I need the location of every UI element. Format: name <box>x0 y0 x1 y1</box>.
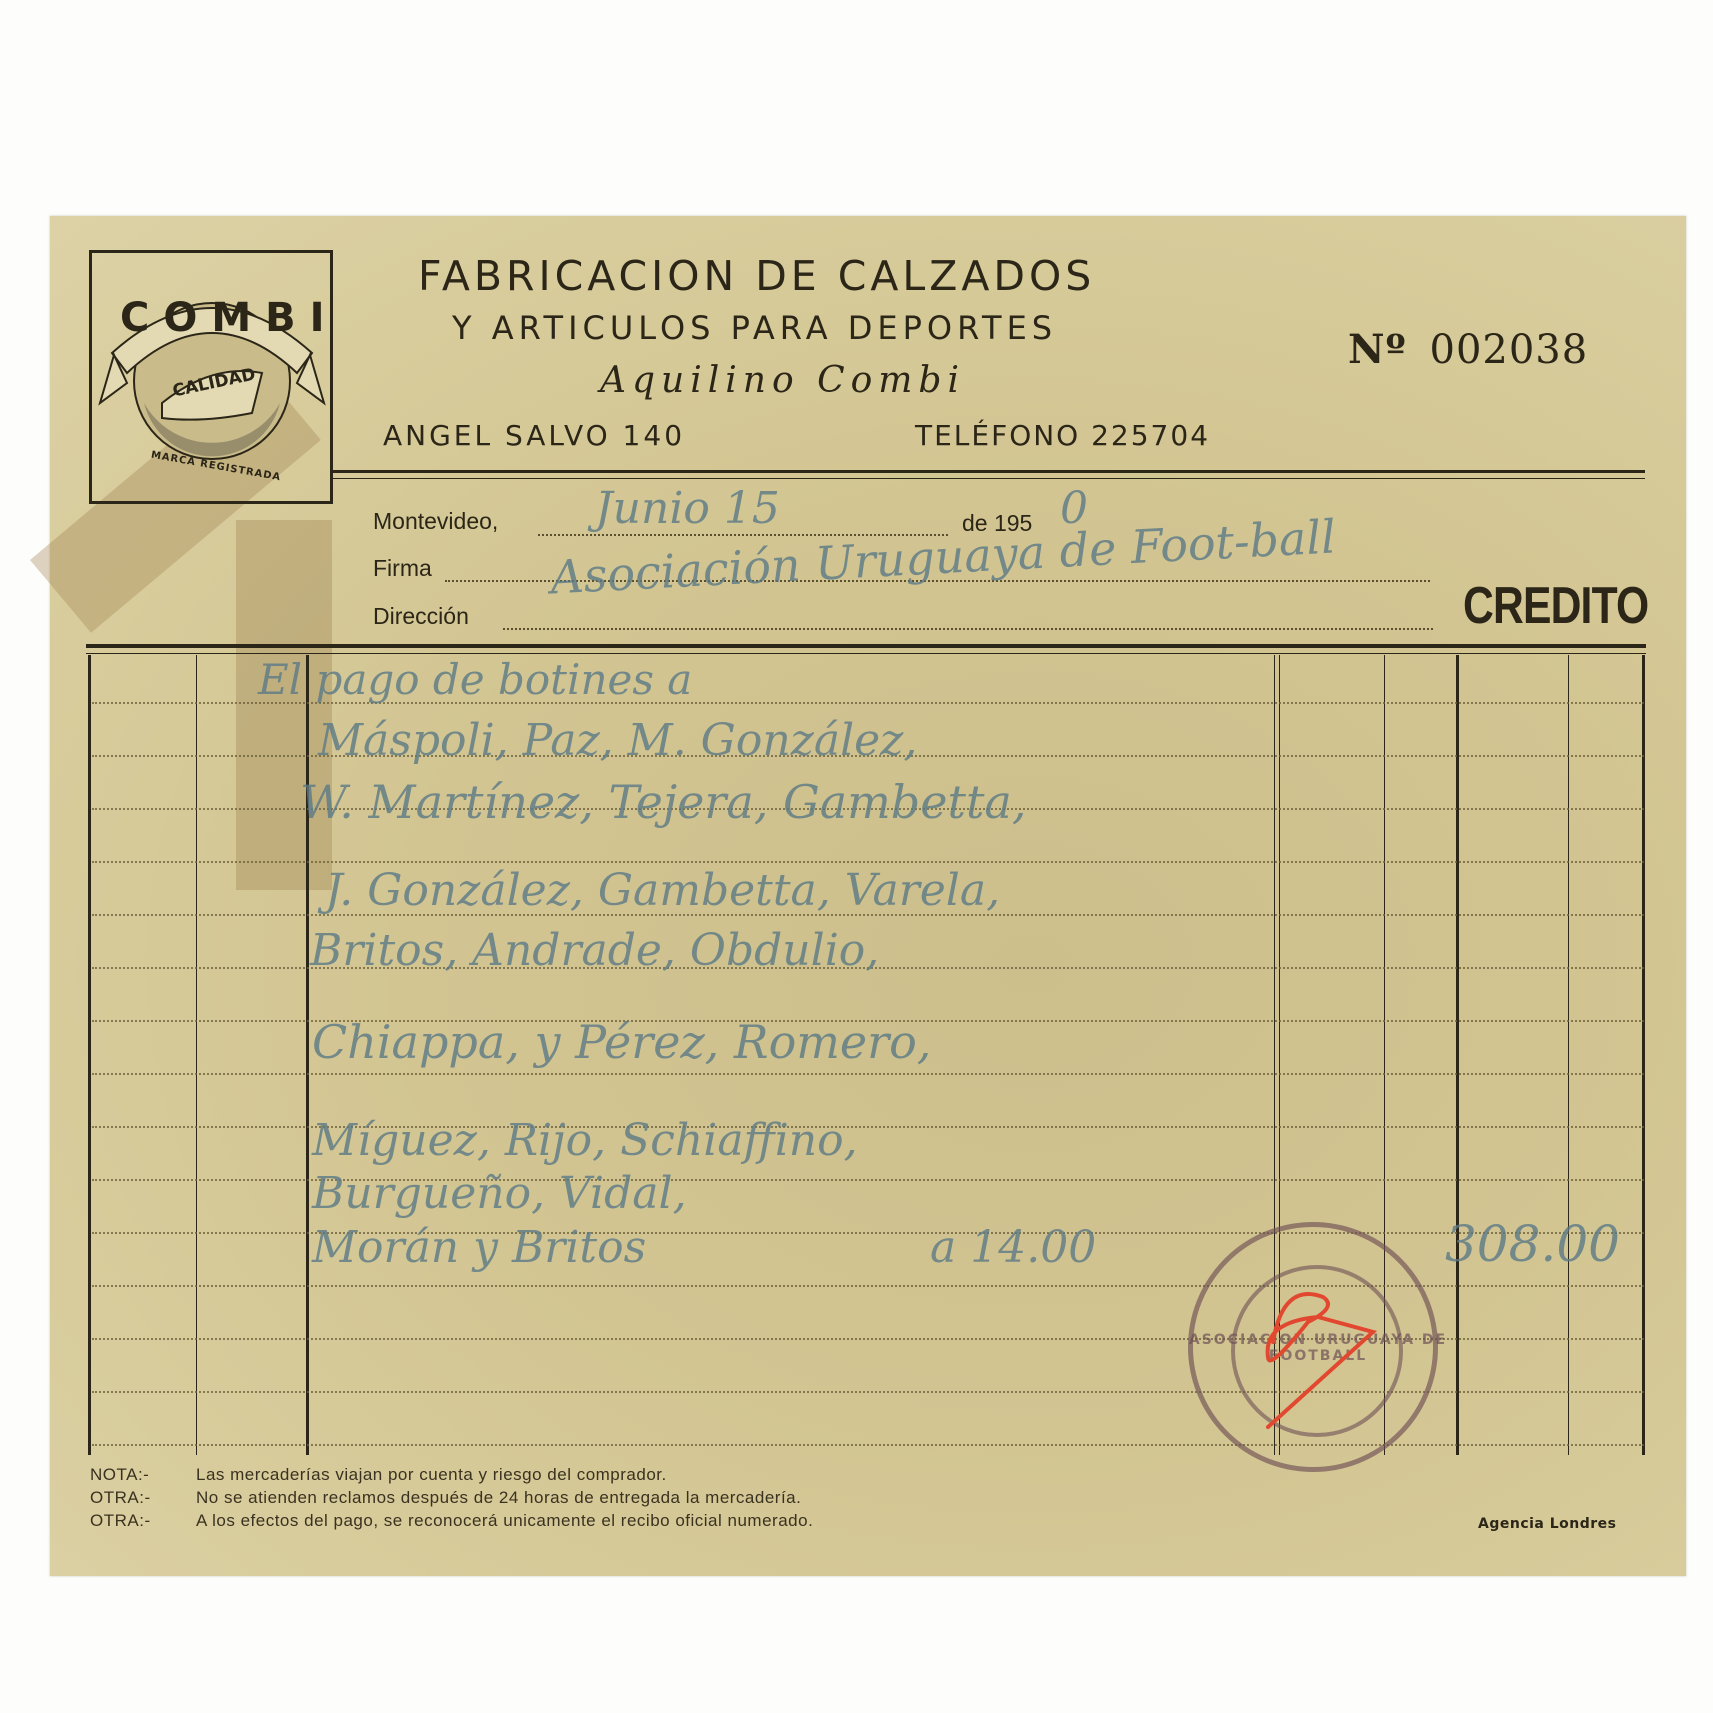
company-line-1: FABRICACION DE CALZADOS <box>418 252 1095 300</box>
note-row: NOTA:-Las mercaderías viajan por cuenta … <box>90 1465 667 1485</box>
body-line: Morán y Britos <box>312 1222 646 1273</box>
note-text: A los efectos del pago, se reconocerá un… <box>196 1511 813 1530</box>
body-line: Míguez, Rijo, Schiaffino, <box>312 1115 858 1166</box>
number-value: 002038 <box>1430 327 1589 373</box>
col-line-total-cents <box>1568 655 1569 1455</box>
ruled-line <box>92 1073 1644 1075</box>
note-label: OTRA:- <box>90 1488 196 1508</box>
phone: TELÉFONO 225704 <box>915 419 1210 452</box>
table-rule-thick <box>86 644 1646 648</box>
address: ANGEL SALVO 140 <box>383 419 685 452</box>
association-stamp: ASOCIACION URUGUAYA DE FOOTBALL <box>1188 1222 1438 1472</box>
credit-label: CREDITO <box>1463 576 1648 636</box>
body-line: Britos, Andrade, Obdulio, <box>310 925 879 976</box>
note-text: Las mercaderías viajan por cuenta y ries… <box>196 1465 667 1484</box>
note-text: No se atienden reclamos después de 24 ho… <box>196 1488 801 1507</box>
body-line: W. Martínez, Tejera, Gambetta, <box>300 775 1026 829</box>
unit-price-handwritten: a 14.00 <box>930 1222 1096 1273</box>
body-line: Burgueño, Vidal, <box>312 1168 687 1219</box>
signature-icon <box>1188 1222 1438 1472</box>
note-row: OTRA:-A los efectos del pago, se reconoc… <box>90 1511 813 1531</box>
ruled-line <box>92 861 1644 863</box>
body-line: El pago de botines a <box>258 655 692 704</box>
col-line-qty <box>196 655 197 1455</box>
header-rule-thick <box>333 470 1645 473</box>
header-rule-thin <box>333 478 1645 479</box>
invoice-number: Nº 002038 <box>1348 326 1588 373</box>
note-row: OTRA:-No se atienden reclamos después de… <box>90 1488 801 1508</box>
tape-stain-vertical <box>236 520 332 890</box>
logo-brand: COMBI <box>120 295 339 341</box>
firma-label: Firma <box>373 555 432 582</box>
owner-name: Aquilino Combi <box>600 360 965 401</box>
col-line-outer-right <box>1642 655 1645 1455</box>
date-handwritten: Junio 15 <box>595 483 780 534</box>
direccion-line <box>503 628 1433 630</box>
city-label: Montevideo, <box>373 508 498 535</box>
logo-box: COMBI CALIDAD MARCA REGISTRADA <box>89 250 333 504</box>
number-prefix: Nº <box>1348 326 1407 373</box>
printer-credit: Agencia Londres <box>1478 1516 1617 1532</box>
note-label: NOTA:- <box>90 1465 196 1485</box>
total-handwritten: 308.00 <box>1445 1215 1620 1273</box>
col-line-outer-left <box>88 655 91 1455</box>
body-line: Máspoli, Paz, M. González, <box>318 715 917 766</box>
body-line: Chiappa, y Pérez, Romero, <box>312 1015 931 1069</box>
table-rule-thin <box>86 653 1646 654</box>
body-line: J. González, Gambetta, Varela, <box>325 865 1000 916</box>
company-line-2: Y ARTICULOS PARA DEPORTES <box>452 309 1057 347</box>
note-label: OTRA:- <box>90 1511 196 1531</box>
direccion-label: Dirección <box>373 603 469 630</box>
